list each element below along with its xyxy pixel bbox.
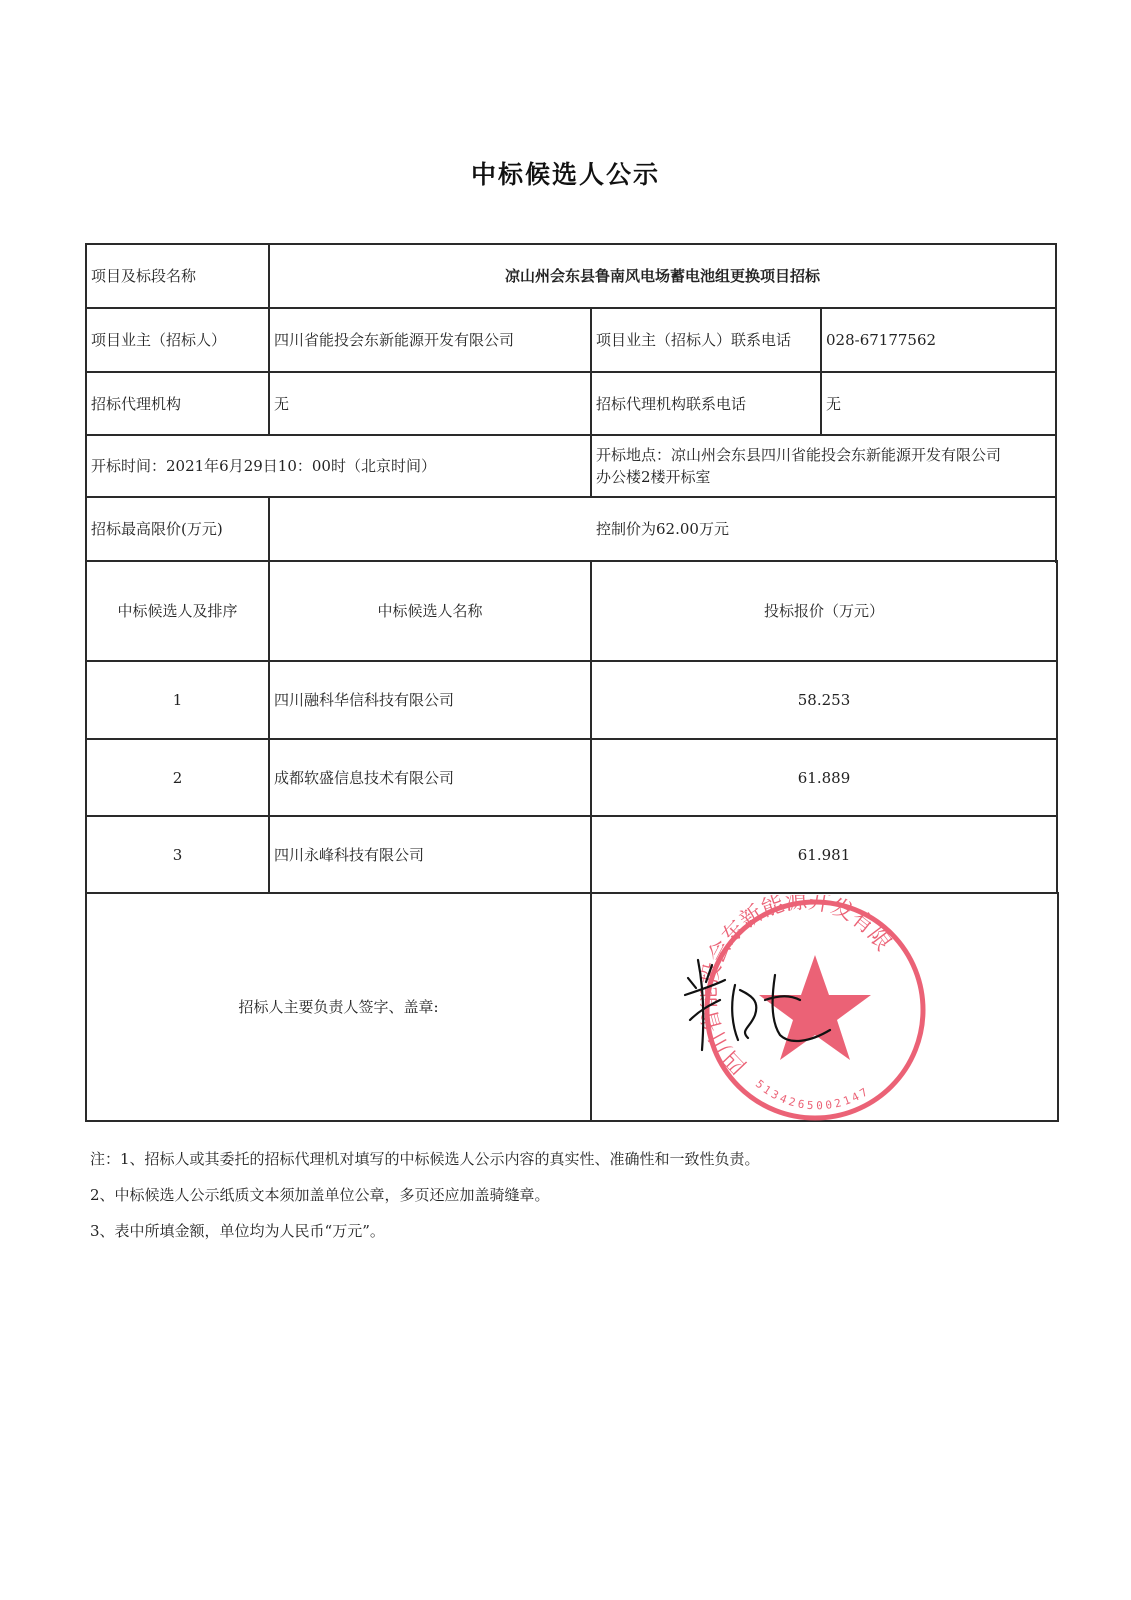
- table-border: [1055, 243, 1057, 563]
- note-1: 注：1、招标人或其委托的招标代理机对填写的中标候选人公示内容的真实性、准确性和一…: [90, 1148, 760, 1169]
- note-3: 3、表中所填金额，单位均为人民币“万元”。: [90, 1220, 385, 1241]
- owner-phone-value: 028-67177562: [822, 309, 1055, 371]
- candidate-price: 61.981: [592, 817, 1056, 892]
- candidate-name: 四川永峰科技有限公司: [270, 817, 590, 892]
- header-rank: 中标候选人及排序: [87, 562, 268, 660]
- open-place-line1: 开标地点：凉山州会东县四川省能投会东新能源开发有限公司: [596, 444, 1001, 466]
- candidate-rank: 1: [87, 662, 268, 738]
- candidate-rank: 2: [87, 740, 268, 815]
- owner-phone-label: 项目业主（招标人）联系电话: [592, 309, 820, 371]
- max-price-value: 控制价为62.00万元: [592, 498, 1055, 560]
- agency-value: 无: [270, 373, 590, 434]
- open-place-line2: 办公楼2楼开标室: [596, 466, 711, 488]
- signature-label: 招标人主要负责人签字、盖章:: [87, 894, 590, 1120]
- header-name: 中标候选人名称: [270, 562, 590, 660]
- agency-phone-label: 招标代理机构联系电话: [592, 373, 820, 434]
- candidate-rank: 3: [87, 817, 268, 892]
- handwritten-signature-icon: [680, 950, 860, 1060]
- announcement-table: 项目及标段名称 凉山州会东县鲁南风电场蓄电池组更换项目招标 项目业主（招标人） …: [0, 0, 1131, 1600]
- project-name-value: 凉山州会东县鲁南风电场蓄电池组更换项目招标: [270, 245, 1055, 307]
- agency-label: 招标代理机构: [87, 373, 268, 434]
- header-price: 投标报价（万元）: [592, 562, 1056, 660]
- owner-value: 四川省能投会东新能源开发有限公司: [270, 309, 590, 371]
- note-2: 2、中标候选人公示纸质文本须加盖单位公章，多页还应加盖骑缝章。: [90, 1184, 550, 1205]
- candidate-price: 61.889: [592, 740, 1056, 815]
- table-border: [1056, 560, 1058, 894]
- open-time: 开标时间：2021年6月29日10：00时（北京时间）: [87, 436, 590, 496]
- candidate-name: 成都软盛信息技术有限公司: [270, 740, 590, 815]
- project-name-label: 项目及标段名称: [87, 245, 268, 307]
- owner-label: 项目业主（招标人）: [87, 309, 268, 371]
- candidate-price: 58.253: [592, 662, 1056, 738]
- max-price-label: 招标最高限价(万元): [87, 498, 268, 560]
- table-border: [1057, 892, 1059, 1122]
- agency-phone-value: 无: [822, 373, 1055, 434]
- open-place: 开标地点：凉山州会东县四川省能投会东新能源开发有限公司 办公楼2楼开标室: [592, 436, 1055, 496]
- candidate-name: 四川融科华信科技有限公司: [270, 662, 590, 738]
